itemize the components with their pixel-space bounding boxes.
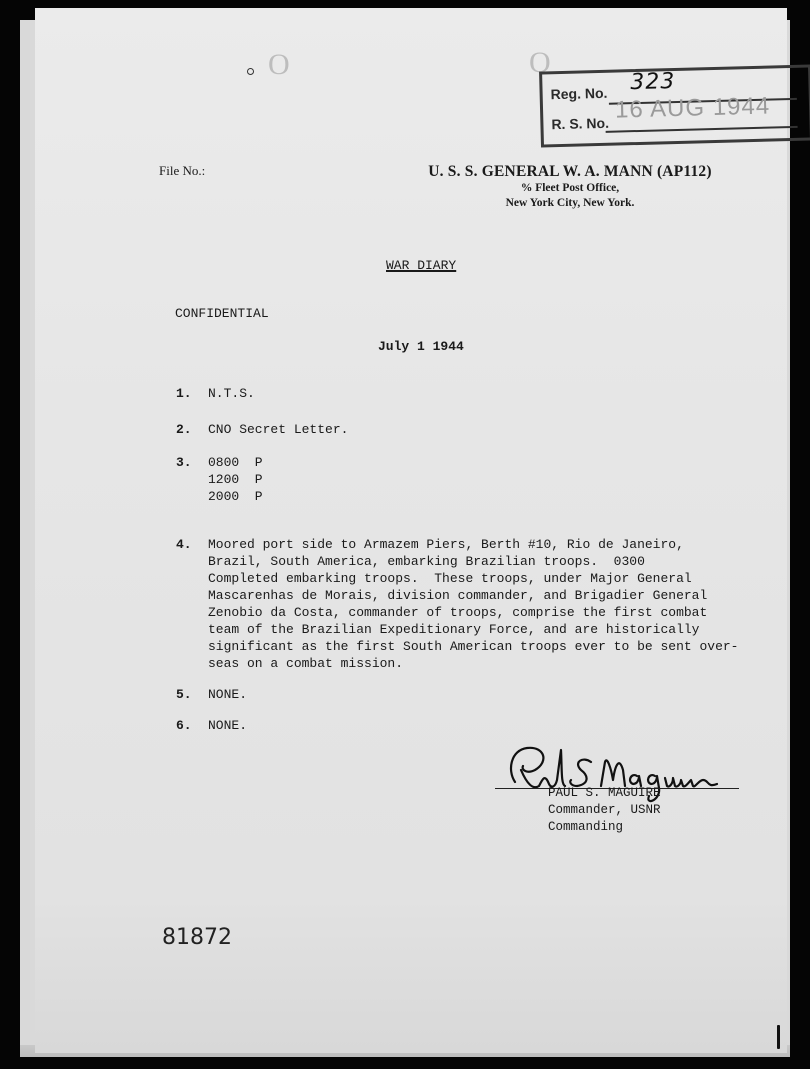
letterhead: U. S. S. GENERAL W. A. MANN (AP112) % Fl…: [425, 163, 715, 211]
signer-role: Commanding: [548, 819, 661, 836]
rs-no-label: R. S. No.: [551, 115, 609, 133]
item-number: 4.: [176, 536, 192, 553]
received-date-stamp: 16 AUG 1944: [615, 93, 771, 125]
file-no-label: File No.:: [159, 163, 205, 179]
faded-mark: O: [268, 50, 290, 80]
address-line-1: % Fleet Post Office,: [425, 181, 715, 196]
page-mark: [777, 1025, 780, 1049]
item-number: 5.: [176, 686, 192, 703]
item-text: Moored port side to Armazem Piers, Berth…: [208, 536, 739, 672]
classification-label: CONFIDENTIAL: [175, 306, 269, 321]
ship-name: U. S. S. GENERAL W. A. MANN (AP112): [425, 163, 715, 181]
document-title: WAR DIARY: [386, 258, 456, 273]
item-text: NONE.: [208, 717, 247, 734]
rs-no-line: [606, 126, 798, 133]
diary-date: July 1 1944: [378, 339, 464, 354]
item-number: 2.: [176, 421, 192, 438]
item-number: 3.: [176, 454, 192, 471]
registration-stamp: Reg. No. 323 R. S. No. 16 AUG 1944: [539, 64, 810, 147]
item-number: 1.: [176, 385, 192, 402]
signer-name: PAUL S. MAGUIRE: [548, 785, 661, 802]
item-text: 0800 P 1200 P 2000 P: [208, 454, 263, 505]
item-text: NONE.: [208, 686, 247, 703]
document-page: O O Reg. No. 323 R. S. No. 16 AUG 1944 F…: [35, 8, 787, 1053]
document-number: 81872: [162, 925, 232, 950]
reg-no-label: Reg. No.: [550, 85, 607, 102]
item-text: N.T.S.: [208, 385, 255, 402]
item-text: CNO Secret Letter.: [208, 421, 348, 438]
punch-hole-mark: [247, 68, 254, 75]
signature-block: PAUL S. MAGUIRE Commander, USNR Commandi…: [548, 785, 661, 836]
item-number: 6.: [176, 717, 192, 734]
reg-no-value: 323: [630, 69, 676, 95]
signer-rank: Commander, USNR: [548, 802, 661, 819]
address-line-2: New York City, New York.: [425, 196, 715, 211]
